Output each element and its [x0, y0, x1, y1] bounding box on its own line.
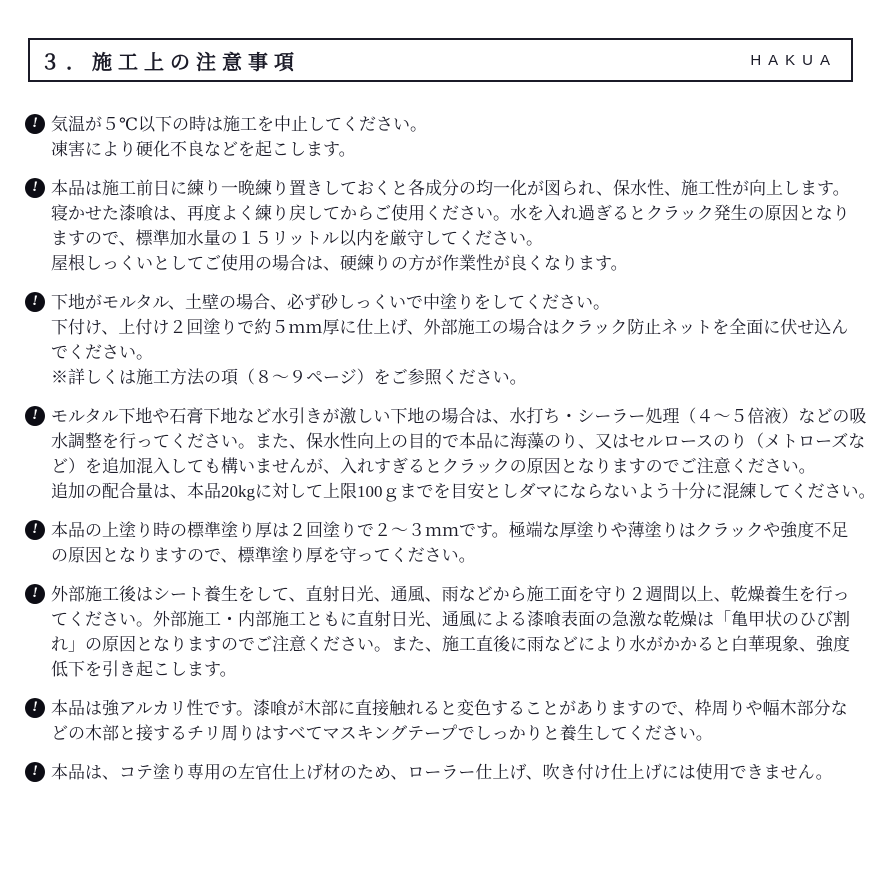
document-page: ３．施工上の注意事項 HAKUA ! 気温が５℃以下の時は施工を中止してください… [0, 0, 880, 880]
note-text: 本品は強アルカリ性です。漆喰が木部に直接触れると変色することがありますので、枠周… [51, 696, 848, 746]
note-item: ! モルタル下地や石膏下地など水引きが激しい下地の場合は、水打ち・シーラー処理（… [25, 404, 857, 504]
note-line: 本品は、コテ塗り専用の左官仕上げ材のため、ローラー仕上げ、吹き付け仕上げには使用… [51, 760, 833, 785]
note-line: 水調整を行ってください。また、保水性向上の目的で本品に海藻のり、又はセルロースの… [51, 429, 876, 454]
note-item: ! 本品は、コテ塗り専用の左官仕上げ材のため、ローラー仕上げ、吹き付け仕上げには… [25, 760, 857, 785]
exclamation-circle-icon: ! [25, 114, 45, 134]
note-line: 追加の配合量は、本品20kgに対して上限100ｇまでを目安としダマにならないよう… [51, 479, 876, 504]
note-line: ※詳しくは施工方法の項（８～９ページ）をご参照ください。 [51, 365, 848, 390]
note-line: どの木部と接するチリ周りはすべてマスキングテープでしっかりと養生してください。 [51, 721, 848, 746]
note-text: 本品は、コテ塗り専用の左官仕上げ材のため、ローラー仕上げ、吹き付け仕上げには使用… [51, 760, 833, 785]
exclamation-circle-icon: ! [25, 584, 45, 604]
exclamation-circle-icon: ! [25, 698, 45, 718]
note-item: ! 下地がモルタル、土壁の場合、必ず砂しっくいで中塗りをしてください。下付け、上… [25, 290, 857, 390]
note-line: モルタル下地や石膏下地など水引きが激しい下地の場合は、水打ち・シーラー処理（４～… [51, 404, 876, 429]
note-line: でください。 [51, 340, 848, 365]
note-text: 本品の上塗り時の標準塗り厚は２回塗りで２～３ｍｍです。極端な厚塗りや薄塗りはクラ… [51, 518, 848, 568]
exclamation-circle-icon: ! [25, 292, 45, 312]
notes-list: ! 気温が５℃以下の時は施工を中止してください。凍害により硬化不良などを起こしま… [25, 112, 857, 799]
note-line: 本品は強アルカリ性です。漆喰が木部に直接触れると変色することがありますので、枠周… [51, 696, 848, 721]
note-line: 下地がモルタル、土壁の場合、必ず砂しっくいで中塗りをしてください。 [51, 290, 848, 315]
note-line: れ」の原因となりますのでご注意ください。また、施工直後に雨などにより水がかかると… [51, 632, 850, 657]
note-line: の原因となりますので、標準塗り厚を守ってください。 [51, 543, 848, 568]
note-text: 下地がモルタル、土壁の場合、必ず砂しっくいで中塗りをしてください。下付け、上付け… [51, 290, 848, 390]
note-item: ! 本品は強アルカリ性です。漆喰が木部に直接触れると変色することがありますので、… [25, 696, 857, 746]
note-text: 本品は施工前日に練り一晩練り置きしておくと各成分の均一化が図られ、保水性、施工性… [51, 176, 850, 276]
note-text: 外部施工後はシート養生をして、直射日光、通風、雨などから施工面を守り２週間以上、… [51, 582, 850, 682]
note-line: 凍害により硬化不良などを起こします。 [51, 137, 427, 162]
note-item: ! 気温が５℃以下の時は施工を中止してください。凍害により硬化不良などを起こしま… [25, 112, 857, 162]
section-title: ３．施工上の注意事項 [40, 46, 300, 75]
exclamation-circle-icon: ! [25, 520, 45, 540]
exclamation-circle-icon: ! [25, 178, 45, 198]
note-line: ますので、標準加水量の１５リットル以内を厳守してください。 [51, 226, 850, 251]
section-header: ３．施工上の注意事項 HAKUA [28, 38, 853, 82]
note-line: 外部施工後はシート養生をして、直射日光、通風、雨などから施工面を守り２週間以上、… [51, 582, 850, 607]
note-text: 気温が５℃以下の時は施工を中止してください。凍害により硬化不良などを起こします。 [51, 112, 427, 162]
note-item: ! 本品の上塗り時の標準塗り厚は２回塗りで２～３ｍｍです。極端な厚塗りや薄塗りは… [25, 518, 857, 568]
note-line: 屋根しっくいとしてご使用の場合は、硬練りの方が作業性が良くなります。 [51, 251, 850, 276]
note-line: 気温が５℃以下の時は施工を中止してください。 [51, 112, 427, 137]
note-item: ! 本品は施工前日に練り一晩練り置きしておくと各成分の均一化が図られ、保水性、施… [25, 176, 857, 276]
note-line: 下付け、上付け２回塗りで約５ｍｍ厚に仕上げ、外部施工の場合はクラック防止ネットを… [51, 315, 848, 340]
exclamation-circle-icon: ! [25, 762, 45, 782]
note-line: てください。外部施工・内部施工ともに直射日光、通風による漆喰表面の急激な乾燥は「… [51, 607, 850, 632]
note-line: 本品の上塗り時の標準塗り厚は２回塗りで２～３ｍｍです。極端な厚塗りや薄塗りはクラ… [51, 518, 848, 543]
note-line: 本品は施工前日に練り一晩練り置きしておくと各成分の均一化が図られ、保水性、施工性… [51, 176, 850, 201]
note-line: 低下を引き起こします。 [51, 657, 850, 682]
exclamation-circle-icon: ! [25, 406, 45, 426]
note-item: ! 外部施工後はシート養生をして、直射日光、通風、雨などから施工面を守り２週間以… [25, 582, 857, 682]
note-line: ど）を追加混入しても構いませんが、入れすぎるとクラックの原因となりますのでご注意… [51, 454, 876, 479]
brand-logo-text: HAKUA [750, 52, 837, 69]
note-line: 寝かせた漆喰は、再度よく練り戻してからご使用ください。水を入れ過ぎるとクラック発… [51, 201, 850, 226]
note-text: モルタル下地や石膏下地など水引きが激しい下地の場合は、水打ち・シーラー処理（４～… [51, 404, 876, 504]
